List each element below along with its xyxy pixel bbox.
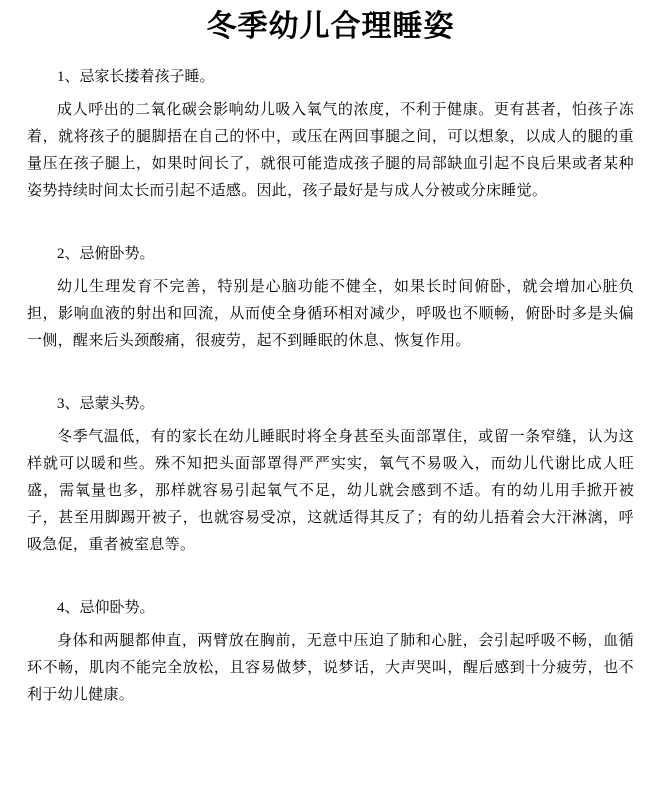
section-4-body: 身体和两腿都伸直，两臂放在胸前，无意中压迫了肺和心脏，会引起呼吸不畅，血循环不畅…	[27, 628, 634, 709]
section-2-heading: 2、忌俯卧势。	[27, 241, 634, 268]
section-4: 4、忌仰卧势。 身体和两腿都伸直，两臂放在胸前，无意中压迫了肺和心脏，会引起呼吸…	[27, 595, 634, 709]
section-3-body: 冬季气温低，有的家长在幼儿睡眠时将全身甚至头面部罩住，或留一条窄缝，认为这样就可…	[27, 424, 634, 559]
page-title: 冬季幼儿合理睡姿	[27, 4, 634, 48]
section-1: 1、忌家长搂着孩子睡。 成人呼出的二氧化碳会影响幼儿吸入氧气的浓度，不利于健康。…	[27, 64, 634, 205]
document-page: 冬季幼儿合理睡姿 1、忌家长搂着孩子睡。 成人呼出的二氧化碳会影响幼儿吸入氧气的…	[0, 0, 661, 811]
section-3: 3、忌蒙头势。 冬季气温低，有的家长在幼儿睡眠时将全身甚至头面部罩住，或留一条窄…	[27, 391, 634, 559]
section-1-body: 成人呼出的二氧化碳会影响幼儿吸入氧气的浓度，不利于健康。更有甚者，怕孩子冻着，就…	[27, 97, 634, 205]
section-1-heading: 1、忌家长搂着孩子睡。	[27, 64, 634, 91]
section-2: 2、忌俯卧势。 幼儿生理发育不完善，特别是心脑功能不健全，如果长时间俯卧，就会增…	[27, 241, 634, 355]
section-4-heading: 4、忌仰卧势。	[27, 595, 634, 622]
section-3-heading: 3、忌蒙头势。	[27, 391, 634, 418]
section-2-body: 幼儿生理发育不完善，特别是心脑功能不健全，如果长时间俯卧，就会增加心脏负担，影响…	[27, 274, 634, 355]
